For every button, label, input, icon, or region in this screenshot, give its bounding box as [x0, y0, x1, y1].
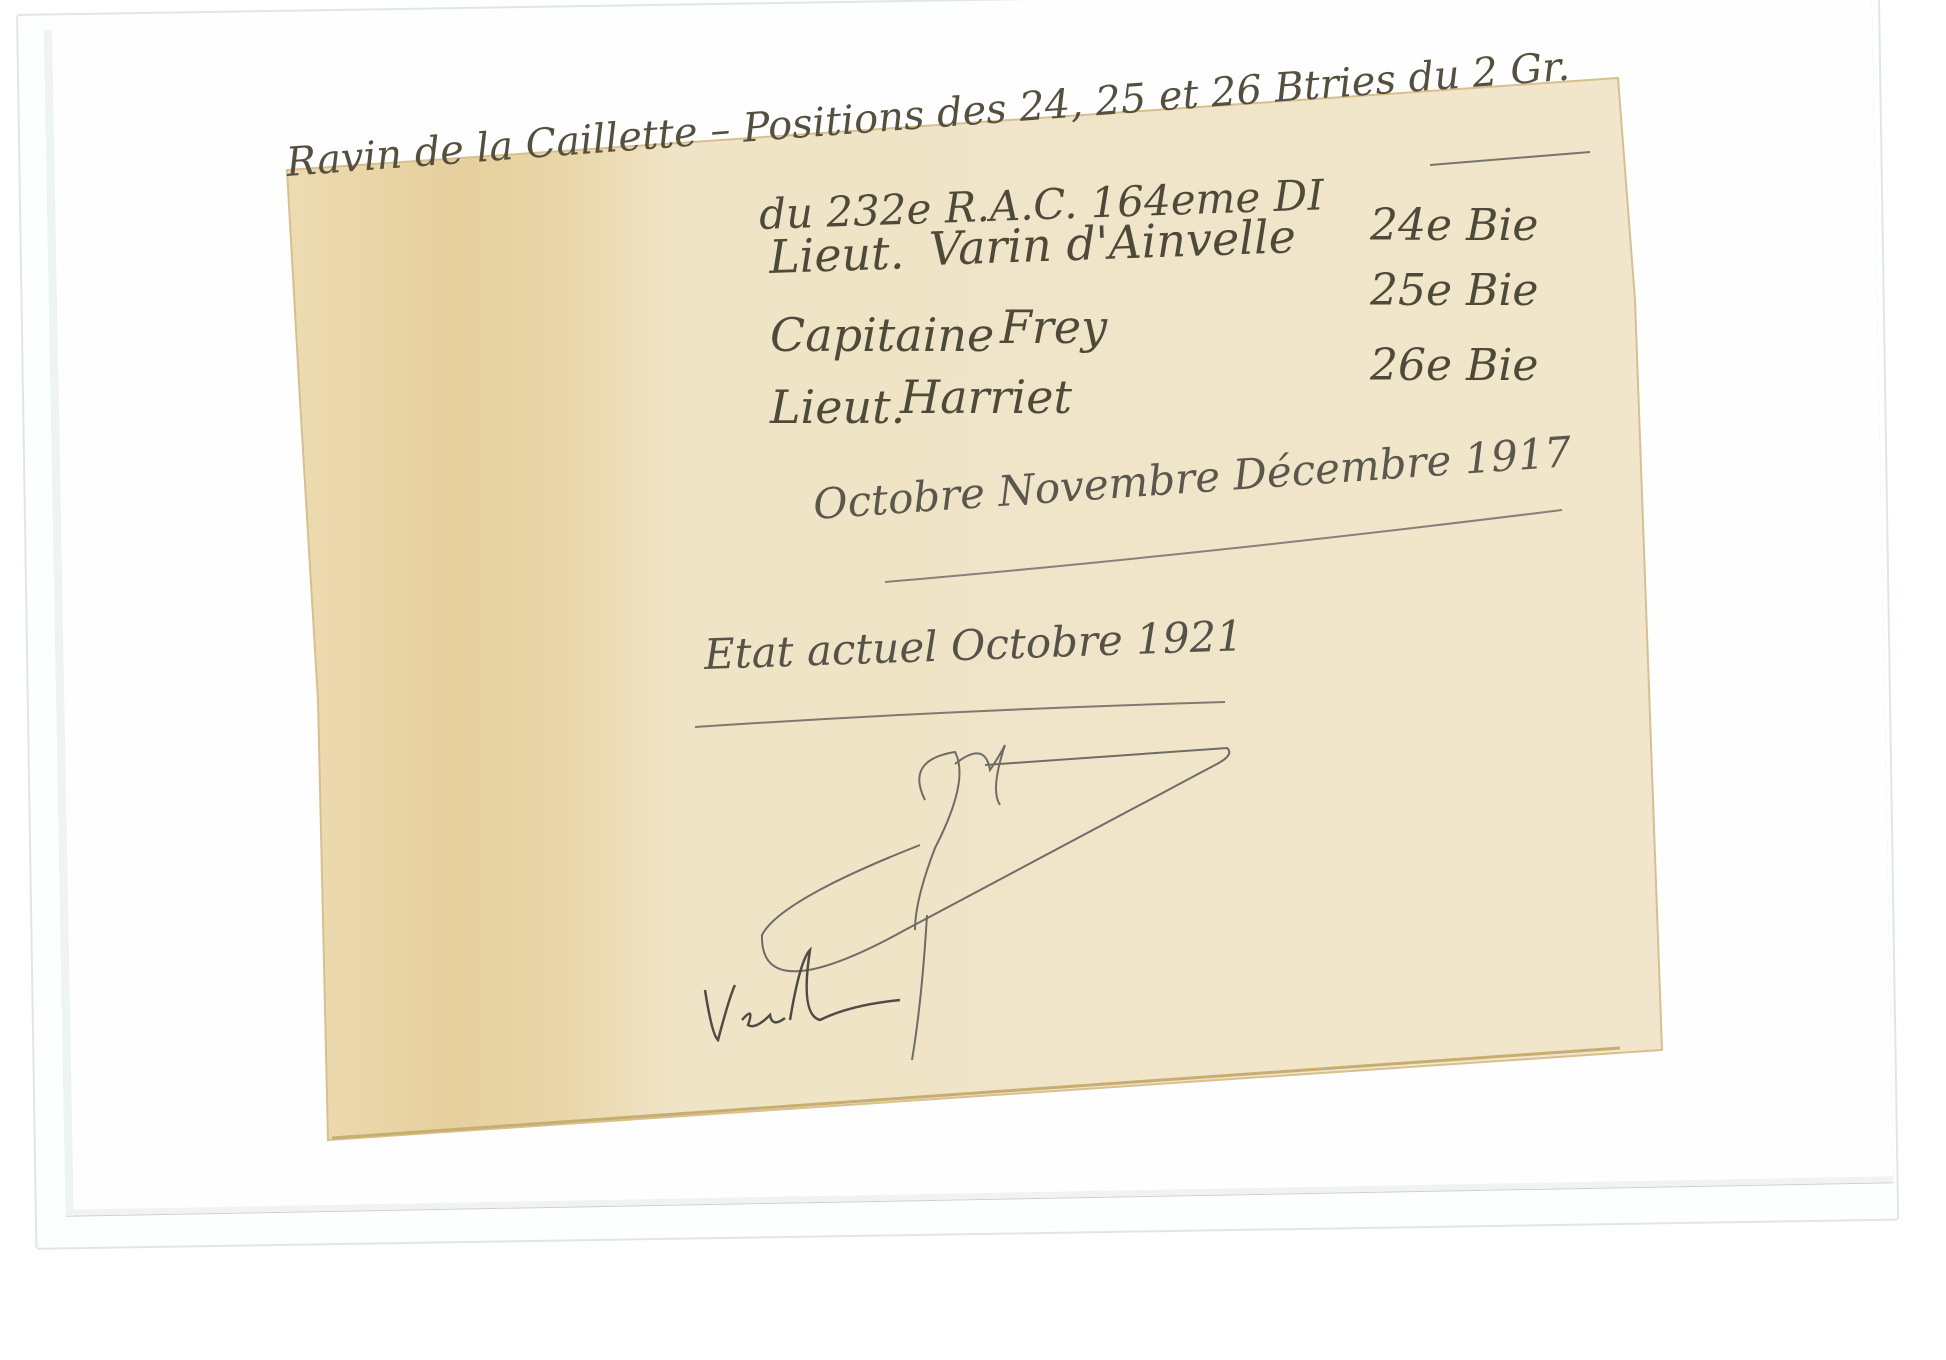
officer-3-rank: Lieut.	[770, 380, 905, 434]
officer-2-rank: Capitaine	[770, 308, 994, 362]
officer-1-battery: 24e Bie	[1370, 200, 1538, 251]
officer-2-battery: 25e Bie	[1370, 265, 1538, 316]
officer-3-name: Harriet	[900, 370, 1072, 424]
officer-1-rank: Lieut.	[768, 225, 905, 284]
officer-2-name: Frey	[1000, 300, 1107, 354]
officer-3-battery: 26e Bie	[1370, 340, 1538, 391]
